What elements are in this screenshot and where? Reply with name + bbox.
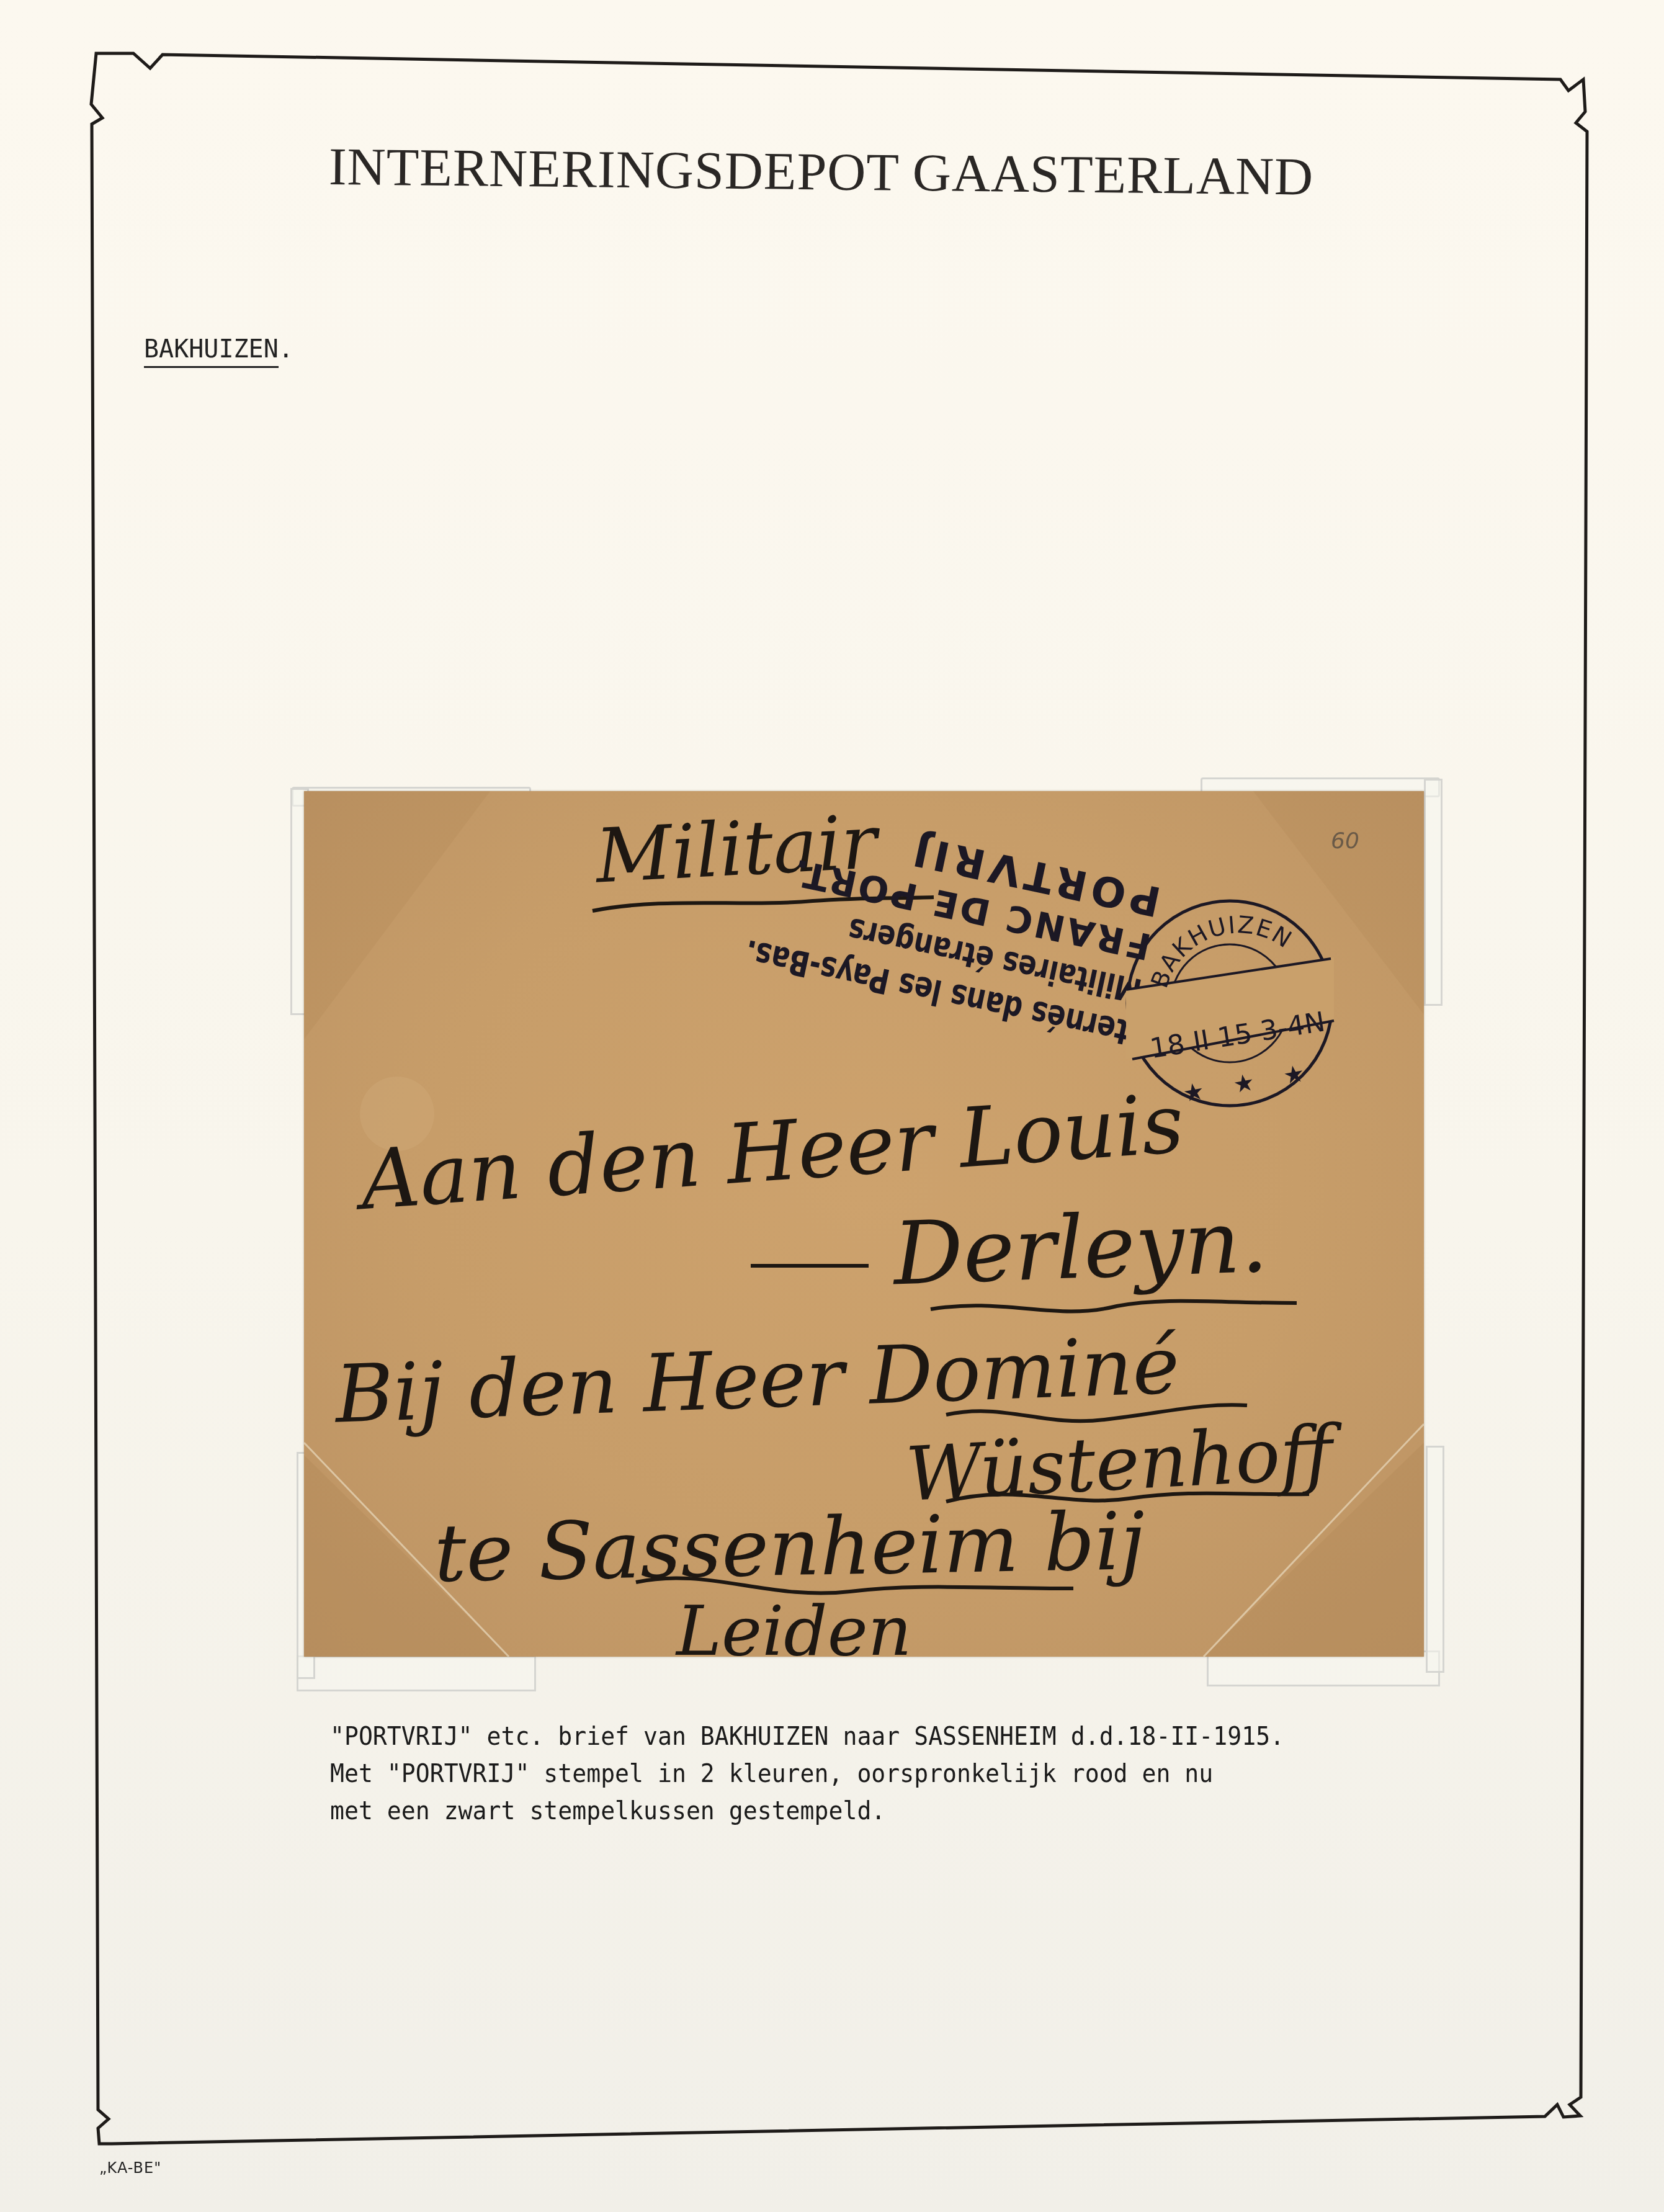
mount-corner-bottom-right-side: [1426, 1446, 1444, 1673]
postmark-stars-icon: ★ ★ ★: [1181, 1057, 1318, 1108]
mount-corner-bottom-left: [297, 1655, 536, 1691]
caption-line-2: Met "PORTVRIJ" stempel in 2 kleuren, oor…: [330, 1755, 1284, 1792]
caption: "PORTVRIJ" etc. brief van BAKHUIZEN naar…: [330, 1717, 1284, 1829]
section-label-text: BAKHUIZEN: [144, 335, 279, 368]
caption-line-1: "PORTVRIJ" etc. brief van BAKHUIZEN naar…: [330, 1717, 1284, 1755]
bakhuizen-postmark: BAKHUIZEN 18 II 15 3-4N ★ ★ ★: [1123, 897, 1337, 1111]
underline-surname: [745, 1260, 1303, 1322]
section-label: BAKHUIZEN.: [144, 335, 293, 364]
handwriting-region: Leiden: [676, 1592, 912, 1671]
section-label-period: .: [279, 335, 293, 364]
pencil-price-note: 60: [1331, 828, 1359, 854]
album-maker-mark: „KA-BE": [99, 2159, 161, 2177]
caption-line-3: met een zwart stempelkussen gestempeld.: [330, 1792, 1284, 1829]
mount-corner-top-right-side: [1424, 779, 1443, 1006]
page-title: INTERNERINGSDEPOT GAASTERLAND: [328, 135, 1371, 208]
